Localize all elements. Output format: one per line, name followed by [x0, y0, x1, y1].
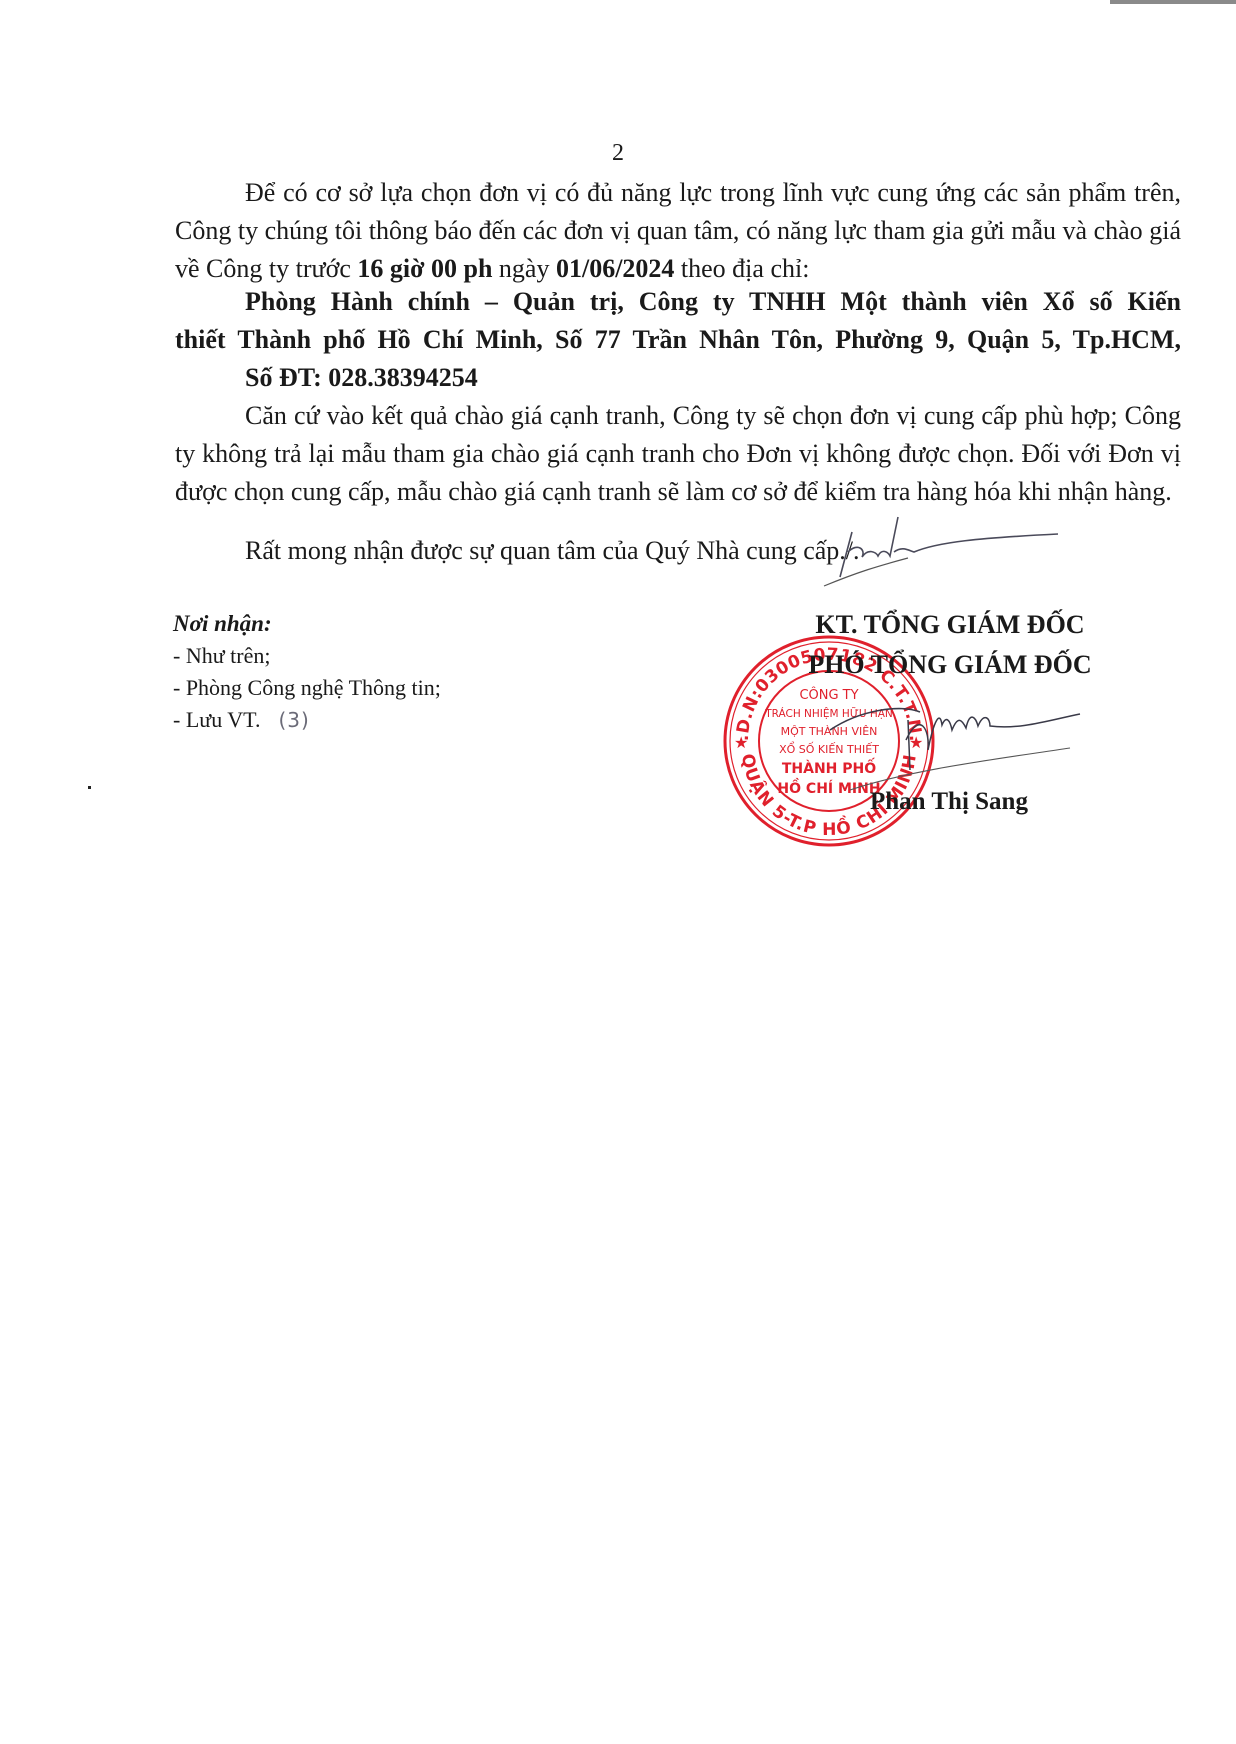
handwritten-copy-count: (3)	[278, 708, 309, 732]
address-line-1: Phòng Hành chính – Quản trị, Công ty TNH…	[175, 283, 1181, 321]
phone-number: Số ĐT: 028.38394254	[175, 359, 1181, 397]
recipient-item: - Lưu VT.(3)	[173, 704, 441, 736]
stamp-star-icon: ★	[734, 733, 748, 752]
address-line-2: thiết Thành phố Hồ Chí Minh, Số 77 Trần …	[175, 321, 1181, 359]
deadline-date: 01/06/2024	[556, 254, 674, 283]
paragraph-selection: Căn cứ vào kết quả chào giá cạnh tranh, …	[175, 397, 1181, 511]
page-number: 2	[0, 140, 1236, 167]
signer-position-line: PHÓ TỔNG GIÁM ĐỐC	[780, 645, 1120, 685]
signer-authority-line: KT. TỔNG GIÁM ĐỐC	[780, 605, 1120, 645]
paragraph-invitation: Để có cơ sở lựa chọn đơn vị có đủ năng l…	[175, 174, 1181, 288]
scan-edge	[1110, 0, 1236, 4]
recipient-item: - Như trên;	[173, 640, 441, 672]
scan-speck	[88, 786, 91, 789]
closing-text: Rất mong nhận được sự quan tâm của Quý N…	[245, 536, 860, 565]
recipients-list: Nơi nhận: - Như trên; - Phòng Công nghệ …	[173, 608, 441, 736]
submission-address: Phòng Hành chính – Quản trị, Công ty TNH…	[175, 283, 1181, 397]
signature-title-block: KT. TỔNG GIÁM ĐỐC PHÓ TỔNG GIÁM ĐỐC	[780, 605, 1120, 685]
paragraph-text: theo địa chỉ:	[674, 254, 809, 283]
initial-signature	[818, 512, 1078, 592]
director-signature	[790, 690, 1090, 800]
paragraph-text: ngày	[492, 254, 556, 283]
deadline-time: 16 giờ 00 ph	[357, 254, 492, 283]
recipient-item: - Phòng Công nghệ Thông tin;	[173, 672, 441, 704]
recipients-title: Nơi nhận:	[173, 608, 441, 640]
recipient-item-text: - Lưu VT.	[173, 707, 260, 732]
